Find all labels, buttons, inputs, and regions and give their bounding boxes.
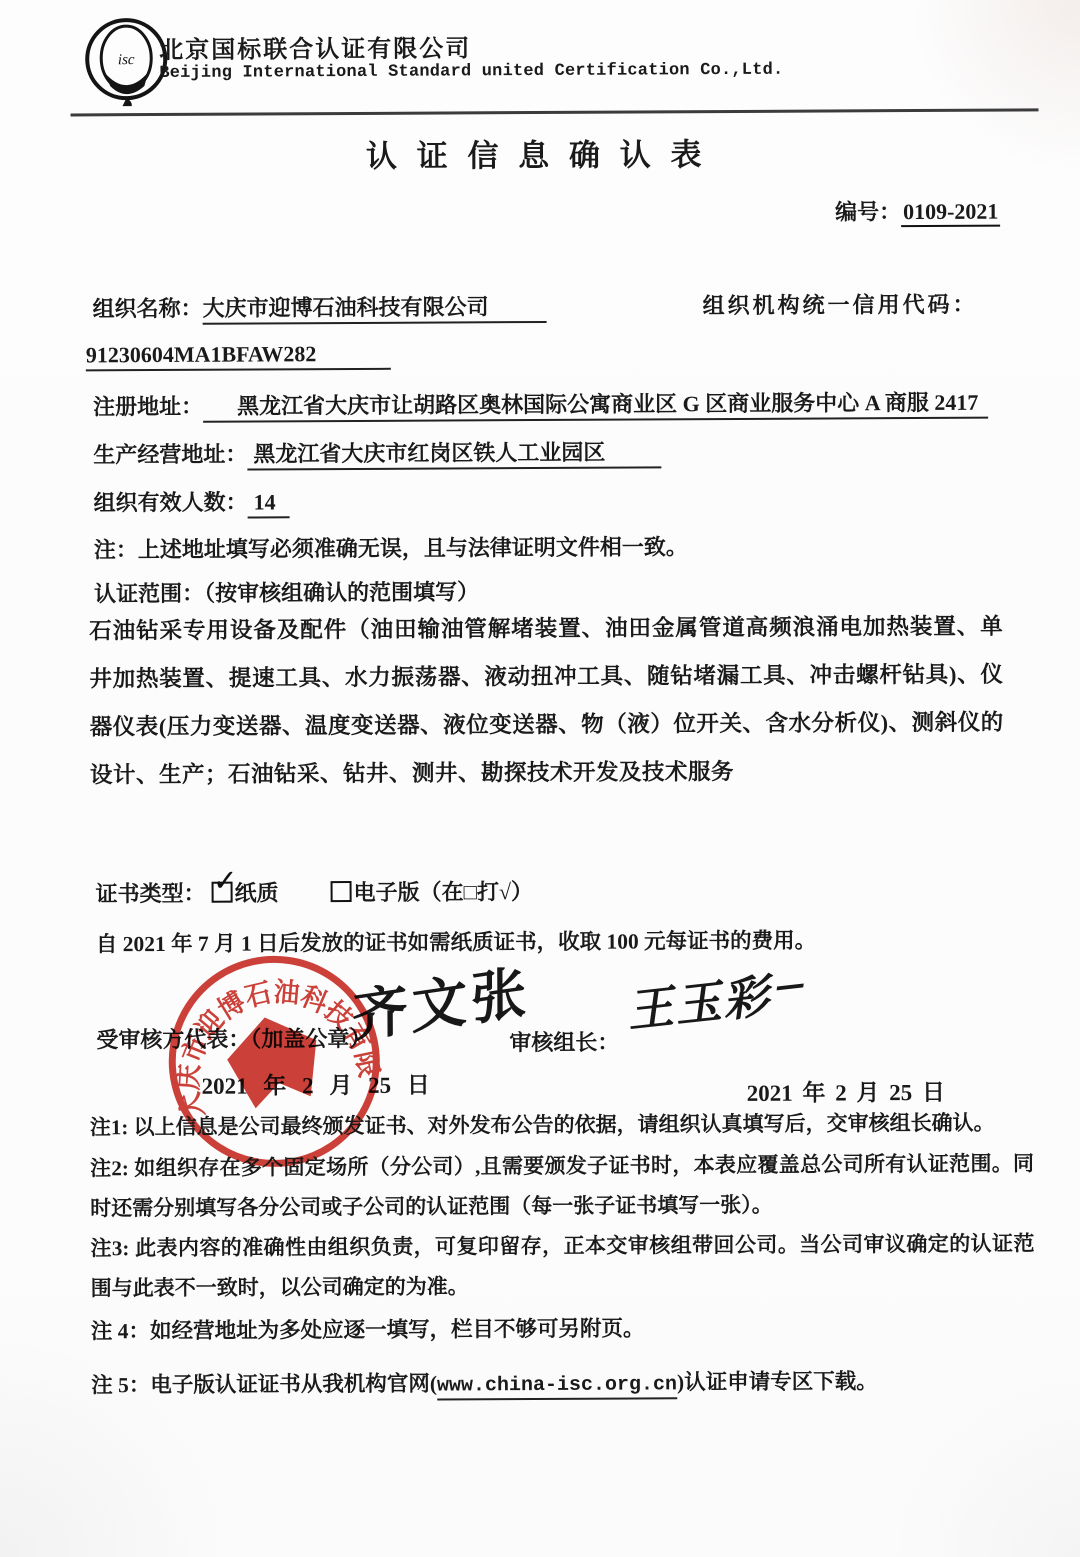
note-5-text-after: )认证申请专区下载。 xyxy=(677,1369,878,1394)
credit-code-row: 91230604MA1BFAW282 xyxy=(86,341,391,369)
cert-type-label: 证书类型： xyxy=(96,881,206,907)
paper-option-label: 纸质 xyxy=(235,880,279,905)
registered-address-label: 注册地址： xyxy=(93,394,203,420)
note-4-text: 如经营地址为多处应逐一填写，栏目不够可另附页。 xyxy=(150,1316,645,1343)
cert-type-hint: （在□打√） xyxy=(420,879,534,905)
note-1: 注1: 以上信息是公司最终颁发证书、对外发布公告的依据，请组织认真填写后，交审核… xyxy=(90,1102,1034,1147)
org-name-value: 大庆市迎博石油科技有限公司 xyxy=(202,294,546,325)
scanned-document-page: isc 北京国标联合认证有限公司 Beijing International S… xyxy=(0,0,1080,1557)
headcount-row: 组织有效人数：14 xyxy=(93,485,289,517)
org-name-label: 组织名称： xyxy=(92,296,202,322)
document-sheet: isc 北京国标联合认证有限公司 Beijing International S… xyxy=(0,0,1080,1557)
scope-text: 石油钻采专用设备及配件（油田输油管解堵装置、油田金属管道高频浪涌电加热装置、单井… xyxy=(89,603,1004,800)
note-4: 注 4：如经营地址为多处应逐一填写，栏目不够可另附页。 xyxy=(91,1306,1035,1351)
svg-text:isc: isc xyxy=(118,52,135,68)
leader-signature-text: 王玉彩 xyxy=(628,967,779,1038)
website-url: www.china-isc.org.cn xyxy=(437,1373,677,1400)
auditee-date: 2021 年 2 月 25 日 xyxy=(202,1067,430,1101)
audit-leader-label: 审核组长： xyxy=(509,1026,619,1058)
operation-address-label: 生产经营地址： xyxy=(93,442,247,468)
note-3: 注3: 此表内容的准确性由组织负责，可复印留存，正本交审核组带回公司。当公司审议… xyxy=(90,1223,1034,1308)
note-3-text: 此表内容的准确性由组织负责，可复印留存，正本交审核组带回公司。当公司审议确定的认… xyxy=(91,1231,1035,1300)
note-1-label: 注1: xyxy=(90,1115,129,1139)
operation-address-value: 黑龙江省大庆市红岗区铁人工业园区 xyxy=(247,439,661,470)
headcount-value: 14 xyxy=(247,489,289,518)
certifier-name-cn: 北京国标联合认证有限公司 xyxy=(159,28,471,65)
note-1-text: 以上信息是公司最终颁发证书、对外发布公告的依据，请组织认真填写后，交审核组长确认… xyxy=(134,1111,995,1140)
cert-type-row: 证书类型：✓纸质电子版（在□打√） xyxy=(96,875,534,908)
note-2: 注2: 如组织存在多个固定场所（分公司）,且需要颁发子证书时，本表应覆盖总公司所… xyxy=(90,1143,1034,1228)
note-5: 注 5：电子版认证证书从我机构官网(www.china-isc.org.cn)认… xyxy=(91,1360,1035,1408)
auditee-representative-label: 受审核方代表：（加盖公章） xyxy=(96,1022,371,1054)
auditee-handwritten-signature: 齐文张 xyxy=(352,947,531,1054)
paper-checkbox-checked-icon: ✓ xyxy=(212,882,233,903)
electronic-option-label: 电子版 xyxy=(354,880,420,905)
leader-handwritten-signature: 王玉彩— xyxy=(627,955,811,1042)
scope-label: 认证范围：（按审核组确认的范围填写） xyxy=(94,575,479,608)
registered-address-row: 注册地址：黑龙江省大庆市让胡路区奥林国际公寓商业区 G 区商业服务中心 A 商服… xyxy=(93,386,988,422)
fee-note: 自 2021 年 7 月 1 日后发放的证书如需纸质证书，收取 100 元每证书… xyxy=(96,924,816,959)
org-name-row: 组织名称：大庆市迎博石油科技有限公司 xyxy=(92,290,546,323)
form-title: 认 证 信 息 确 认 表 xyxy=(0,127,1077,178)
note-5-text-before: 电子版认证证书从我机构官网( xyxy=(150,1372,437,1398)
signature-tail-stroke: — xyxy=(773,966,810,1005)
electronic-checkbox-empty-icon xyxy=(331,881,352,902)
credit-code-label: 组织机构统一信用代码： xyxy=(702,288,977,320)
note-4-label: 注 4： xyxy=(91,1319,150,1343)
note-2-label: 注2: xyxy=(90,1156,129,1180)
headcount-label: 组织有效人数： xyxy=(93,490,247,516)
document-number: 编号：0109-2021 xyxy=(835,195,1001,227)
registered-address-value: 黑龙江省大庆市让胡路区奥林国际公寓商业区 G 区商业服务中心 A 商服 2417 xyxy=(203,390,988,423)
note-5-label: 注 5： xyxy=(91,1373,150,1397)
note-3-label: 注3: xyxy=(90,1236,129,1260)
note-2-text: 如组织存在多个固定场所（分公司）,且需要颁发子证书时，本表应覆盖总公司所有认证范… xyxy=(90,1151,1034,1220)
certifier-name-en: Beijing International Standard united Ce… xyxy=(159,61,783,83)
header-divider xyxy=(71,108,1039,116)
check-mark-icon: ✓ xyxy=(212,867,237,897)
credit-code-value: 91230604MA1BFAW282 xyxy=(86,341,391,372)
document-number-value: 0109-2021 xyxy=(901,199,1000,228)
address-accuracy-note: 注：上述地址填写必须准确无误，且与法律证明文件相一致。 xyxy=(94,530,688,564)
operation-address-row: 生产经营地址：黑龙江省大庆市红岗区铁人工业园区 xyxy=(93,435,661,469)
document-number-label: 编号： xyxy=(835,199,901,224)
